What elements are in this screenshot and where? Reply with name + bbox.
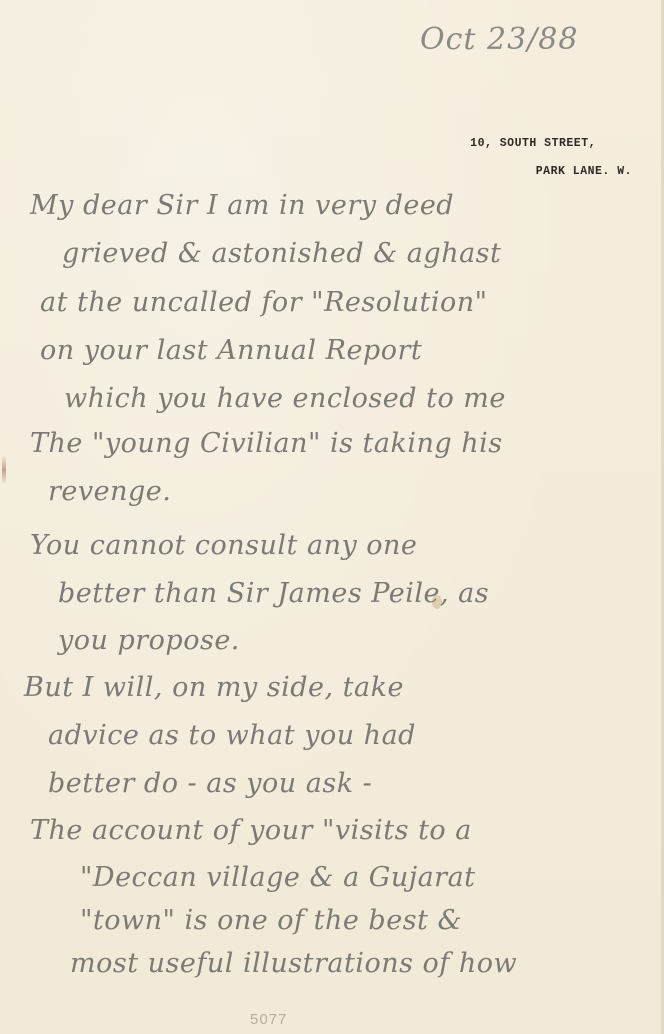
letter-line: "Deccan village & a Gujarat [80,862,476,893]
letter-line: better than Sir James Peile, as [58,578,489,609]
letter-line: which you have enclosed to me [64,383,506,414]
letter-line: The account of your "visits to a [30,815,472,846]
handwritten-date: Oct 23/88 [420,22,578,57]
letterhead-address-line2: PARK LANE. W. [536,165,632,178]
letter-line: revenge. [48,476,171,507]
letter-line: My dear Sir I am in very deed [30,190,454,221]
letter-line: grieved & astonished & aghast [62,238,501,269]
letter-line: "town" is one of the best & [80,905,462,936]
letter-line: at the uncalled for "Resolution" [40,287,488,318]
archive-number: 5077 [250,1011,287,1028]
letter-line: on your last Annual Report [40,335,422,366]
letter-line: most useful illustrations of how [70,948,517,979]
letter-line: better do - as you ask - [48,768,372,799]
letter-line: You cannot consult any one [30,530,417,561]
letter-line: you propose. [58,625,240,656]
letter-line: But I will, on my side, take [24,672,404,703]
letter-line: The "young Civilian" is taking his [30,428,503,459]
letter-line: advice as to what you had [48,720,416,751]
letterhead-address-line1: 10, SOUTH STREET, [470,137,596,150]
paper-stain [2,455,6,485]
letter-page: Oct 23/88 10, SOUTH STREET, PARK LANE. W… [0,0,664,1034]
